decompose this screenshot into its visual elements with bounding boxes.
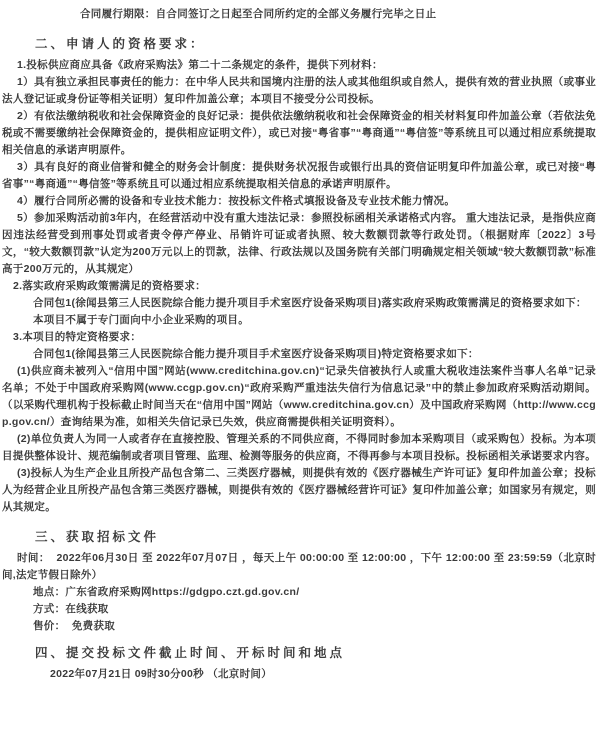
obtain-price-line: 售价： 免费获取 [2, 618, 596, 635]
para-3-2-same-responsible-person: (2)单位负责人为同一人或者存在直接控股、管理关系的不同供应商，不得同时参加本采… [2, 431, 596, 465]
obtain-price-value: 免费获取 [72, 620, 115, 632]
obtain-price-label: 售价： [33, 620, 72, 632]
section-4-title: 四、提交投标文件截止时间、开标时间和地点 [35, 646, 596, 661]
bid-deadline-datetime: 2022年07月21日 09时30分00秒 （北京时间） [2, 666, 596, 683]
para-2-package1-policy: 合同包1(徐闻县第三人民医院综合能力提升项目手术室医疗设备采购项目)落实政府采购… [2, 295, 596, 312]
para-3-specific-requirements: 3.本项目的特定资格要求： [2, 329, 596, 346]
para-1-materials-intro: 1.投标供应商应具备《政府采购法》第二十二条规定的条件，提供下列材料： [2, 57, 596, 74]
obtain-time-label: 时间： [17, 552, 56, 564]
para-2-policy-requirements: 2.落实政府采购政策需满足的资格要求： [2, 278, 596, 295]
section-3-title: 三、获取招标文件 [35, 530, 596, 545]
para-1-1-civil-liability: 1）具有独立承担民事责任的能力：在中华人民共和国境内注册的法人或其他组织或自然人… [2, 74, 596, 108]
para-3-3-medical-device-license: (3)投标人为生产企业且所投产品包含第二、三类医疗器械，则提供有效的《医疗器械生… [2, 465, 596, 516]
para-1-5-no-major-violations: 5）参加采购活动前3年内，在经营活动中没有重大违法记录：参照投标函相关承诺格式内… [2, 210, 596, 278]
obtain-location-value: 广东省政府采购网https://gdgpo.czt.gd.gov.cn/ [65, 586, 299, 598]
obtain-location-label: 地点： [33, 586, 65, 598]
obtain-method-label: 方式： [33, 603, 65, 615]
contract-performance-period: 合同履行期限：自合同签订之日起至合同所约定的全部义务履行完毕之日止 [2, 6, 596, 23]
obtain-time-line: 时间： 2022年06月30日 至 2022年07月07日 ，每天上午 00:0… [2, 550, 596, 584]
obtain-method-value: 在线获取 [65, 603, 108, 615]
para-3-package1-specific: 合同包1(徐闻县第三人民医院综合能力提升项目手术室医疗设备采购项目)特定资格要求… [2, 346, 596, 363]
tender-document-page: 合同履行期限：自合同签订之日起至合同所约定的全部义务履行完毕之日止 二、申请人的… [0, 0, 609, 738]
para-1-2-tax-social-security: 2）有依法缴纳税收和社会保障资金的良好记录：提供依法缴纳税收和社会保障资金的相关… [2, 108, 596, 159]
obtain-location-line: 地点：广东省政府采购网https://gdgpo.czt.gd.gov.cn/ [2, 584, 596, 601]
para-1-3-financial-credit: 3）具有良好的商业信誉和健全的财务会计制度：提供财务状况报告或银行出具的资信证明… [2, 159, 596, 193]
obtain-time-value: 2022年06月30日 至 2022年07月07日 ，每天上午 00:00:00… [2, 552, 596, 581]
para-1-4-equipment-capability: 4）履行合同所必需的设备和专业技术能力：按投标文件格式填报设备及专业技术能力情况… [2, 193, 596, 210]
obtain-method-line: 方式：在线获取 [2, 601, 596, 618]
section-2-title: 二、申请人的资格要求： [35, 37, 596, 52]
para-3-1-credit-china: (1)供应商未被列入“信用中国”网站(www.creditchina.gov.c… [2, 363, 596, 431]
para-2-not-sme-project: 本项目不属于专门面向中小企业采购的项目。 [2, 312, 596, 329]
